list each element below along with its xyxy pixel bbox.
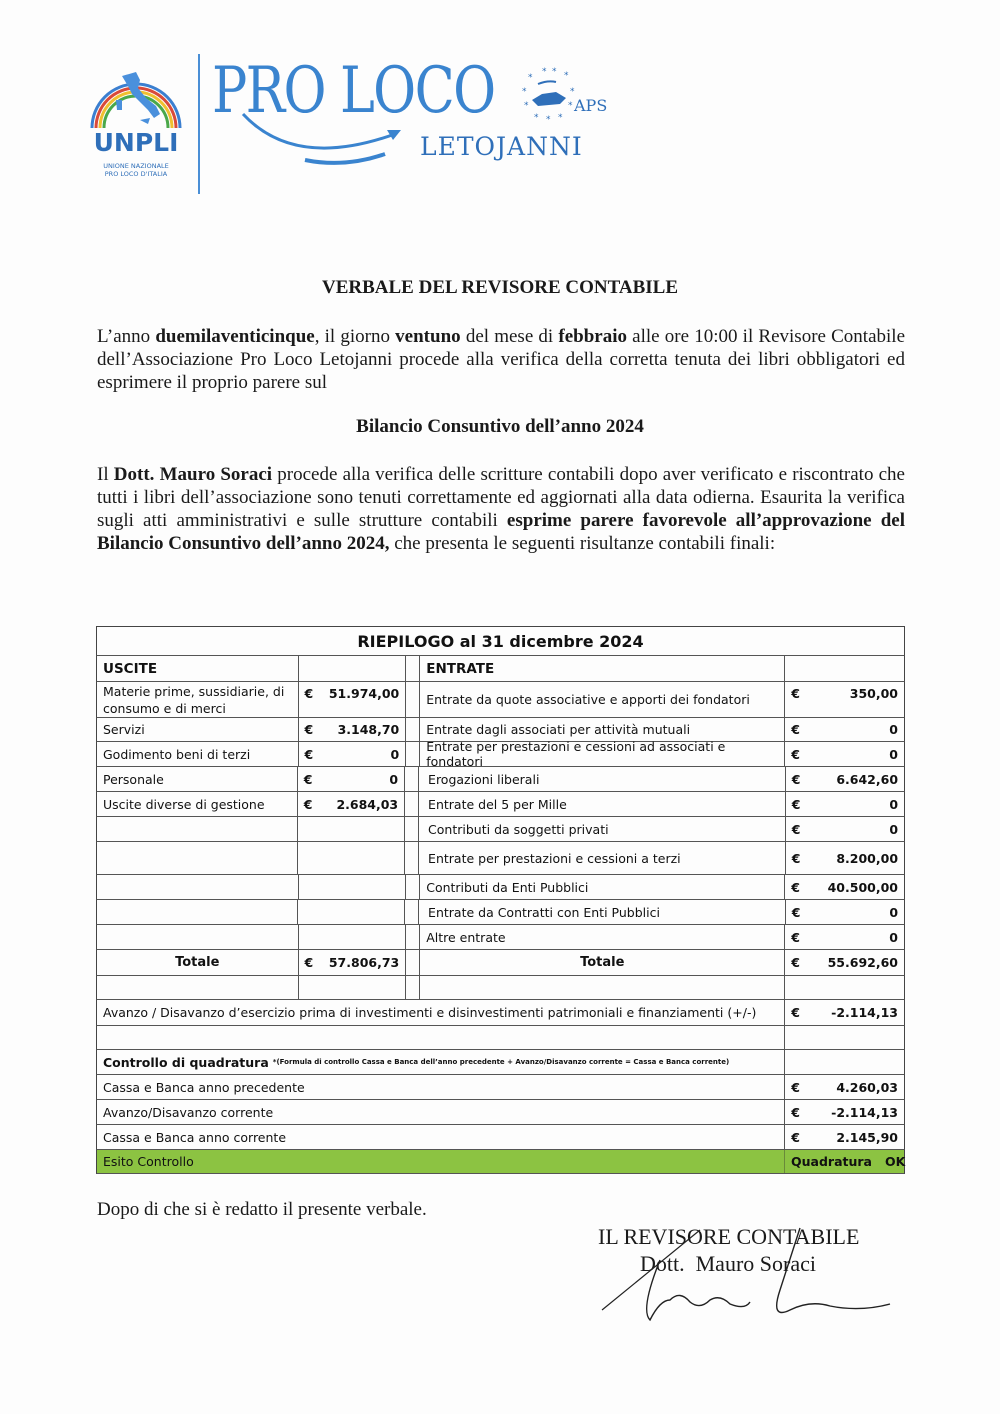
table-row: Contributi da soggetti privati€0 (96, 817, 905, 842)
uscite-amount: 51.974,00 (329, 686, 399, 701)
avanzo-amount: -2.114,13 (831, 1005, 898, 1020)
controllo-row-label: Avanzo/Disavanzo corrente (97, 1100, 785, 1124)
currency-symbol: € (791, 1105, 800, 1120)
entrate-value: €0 (785, 925, 904, 949)
entrate-value: €350,00 (785, 682, 904, 717)
controllo-row-value: €4.260,03 (785, 1075, 904, 1099)
entrate-header-amount (785, 656, 904, 681)
entrate-header: ENTRATE (420, 656, 785, 681)
currency-symbol: € (791, 722, 800, 737)
controllo-note: *(Formula di controllo Cassa e Banca del… (273, 1058, 729, 1066)
currency-symbol: € (791, 747, 800, 762)
uscite-total-amount: 57.806,73 (329, 955, 399, 970)
currency-symbol: € (791, 930, 800, 945)
empty-cell (785, 1050, 904, 1074)
controllo-row: Cassa e Banca anno corrente€2.145,90 (96, 1125, 905, 1150)
controllo-row-label: Cassa e Banca anno corrente (97, 1125, 785, 1149)
currency-symbol: € (791, 1005, 800, 1020)
italy-rainbow-icon (80, 66, 192, 136)
entrate-amount: 350,00 (850, 686, 898, 701)
entrate-label: Contributi da Enti Pubblici (420, 875, 785, 899)
currency-symbol: € (792, 822, 801, 837)
totals-row: Totale €57.806,73 Totale €55.692,60 (96, 950, 905, 976)
table-row: Altre entrate€0 (96, 925, 905, 950)
controllo-row: Cassa e Banca anno precedente€4.260,03 (96, 1075, 905, 1100)
currency-symbol: € (305, 747, 314, 762)
uscite-total-label: Totale (97, 950, 299, 975)
empty-cell (785, 976, 904, 999)
body-text: L’anno (97, 326, 155, 347)
uscite-label (97, 925, 299, 949)
logo-divider (198, 54, 200, 194)
controllo-header: Controllo di quadratura *(Formula di con… (97, 1050, 785, 1074)
avanzo-row: Avanzo / Disavanzo d’esercizio prima di … (96, 1000, 905, 1026)
spacer-cell (406, 742, 420, 766)
table-row: Materie prime, sussidiarie, di consumo e… (96, 682, 905, 718)
entrate-amount: 0 (889, 905, 898, 920)
entrate-value: €40.500,00 (785, 875, 904, 899)
uscite-label: Uscite diverse di gestione (97, 792, 298, 816)
uscite-label: Materie prime, sussidiarie, di consumo e… (97, 682, 299, 717)
currency-symbol: € (304, 772, 313, 787)
controllo-amount: 4.260,03 (836, 1080, 898, 1095)
entrate-value: €0 (786, 817, 904, 841)
controllo-amount: 2.145,90 (836, 1130, 898, 1145)
location-label: LETOJANNI (420, 132, 583, 161)
entrate-value: €0 (786, 792, 904, 816)
table-title-row: RIEPILOGO al 31 dicembre 2024 (96, 626, 905, 656)
uscite-value: €51.974,00 (299, 682, 407, 717)
controllo-row-value: €-2.114,13 (785, 1100, 904, 1124)
uscite-label (97, 875, 299, 899)
spacer-cell (405, 900, 419, 924)
entrate-amount: 40.500,00 (828, 880, 898, 895)
controllo-header-row: Controllo di quadratura *(Formula di con… (96, 1050, 905, 1075)
table-row: Uscite diverse di gestione€2.684,03Entra… (96, 792, 905, 817)
spacer-cell (405, 817, 419, 841)
entrate-total-value: €55.692,60 (785, 950, 904, 975)
table-row: Contributi da Enti Pubblici€40.500,00 (96, 875, 905, 900)
entrate-value: €0 (786, 900, 904, 924)
svg-text:*: * (534, 113, 539, 123)
spacer-cell (405, 792, 419, 816)
spacer-cell (406, 925, 420, 949)
swoosh-arrow-icon (235, 110, 415, 170)
unpli-subtitle-line2: PRO LOCO D'ITALIA (80, 170, 192, 178)
currency-symbol: € (791, 1080, 800, 1095)
uscite-label: Personale (97, 767, 298, 791)
unpli-logo: UNPLI UNIONE NAZIONALE PRO LOCO D'ITALIA (80, 66, 192, 186)
table-row: Godimento beni di terzi€0Entrate per pre… (96, 742, 905, 767)
uscite-label: Servizi (97, 718, 299, 741)
empty-cell (97, 976, 299, 999)
controllo-row-label: Cassa e Banca anno precedente (97, 1075, 785, 1099)
spacer-cell (406, 875, 420, 899)
controllo-row-value: €2.145,90 (785, 1125, 904, 1149)
unpli-subtitle: UNIONE NAZIONALE PRO LOCO D'ITALIA (80, 162, 192, 178)
aps-label: APS (574, 96, 607, 115)
bold-text: duemilaventicinque (155, 326, 314, 347)
document-title: VERBALE DEL REVISORE CONTABILE (0, 277, 1000, 299)
avanzo-value: €-2.114,13 (785, 1000, 904, 1025)
summary-table: RIEPILOGO al 31 dicembre 2024 USCITE ENT… (96, 626, 905, 1174)
uscite-value (298, 842, 405, 874)
entrate-label: Erogazioni liberali (422, 767, 786, 791)
table-header-row: USCITE ENTRATE (96, 656, 905, 682)
uscite-value (299, 925, 407, 949)
entrate-label: Entrate per prestazioni e cessioni ad as… (420, 742, 785, 766)
uscite-label (97, 842, 298, 874)
spacer-cell (405, 842, 419, 874)
svg-text:*: * (552, 67, 557, 77)
entrate-amount: 0 (889, 822, 898, 837)
body-text: Il (97, 464, 114, 485)
entrate-amount: 0 (889, 797, 898, 812)
svg-text:*: * (522, 87, 527, 97)
controllo-label: Controllo di quadratura (103, 1055, 269, 1070)
empty-cell (299, 976, 407, 999)
body-text: che presenta le seguenti risultanze cont… (389, 533, 775, 554)
entrate-label: Entrate da Contratti con Enti Pubblici (422, 900, 786, 924)
entrate-label: Entrate da quote associative e apporti d… (420, 682, 785, 717)
svg-text:*: * (524, 101, 529, 111)
spacer-cell (406, 950, 420, 975)
uscite-value: €0 (298, 767, 405, 791)
entrate-value: €0 (785, 742, 904, 766)
uscite-label (97, 817, 298, 841)
intro-paragraph: L’anno duemilaventicinque, il giorno ven… (97, 325, 905, 394)
stars-emblem-icon: *** *** *** ** (520, 64, 580, 124)
uscite-value: €3.148,70 (299, 718, 407, 741)
currency-symbol: € (791, 955, 800, 970)
entrate-total-label: Totale (420, 950, 785, 975)
table-row: Entrate per prestazioni e cessioni a ter… (96, 842, 905, 875)
uscite-amount: 3.148,70 (338, 722, 400, 737)
uscite-header: USCITE (97, 656, 299, 681)
uscite-header-amount (299, 656, 407, 681)
uscite-label (97, 900, 298, 924)
empty-cell (785, 1026, 904, 1049)
currency-symbol: € (792, 772, 801, 787)
currency-symbol: € (305, 955, 314, 970)
currency-symbol: € (305, 686, 314, 701)
avanzo-label: Avanzo / Disavanzo d’esercizio prima di … (97, 1000, 785, 1025)
body-text: del mese di (461, 326, 559, 347)
handwritten-signature-icon (600, 1220, 900, 1330)
empty-row (96, 1026, 905, 1050)
empty-row (96, 976, 905, 1000)
controllo-rows: Cassa e Banca anno precedente€4.260,03Av… (96, 1075, 905, 1150)
uscite-value: €2.684,03 (298, 792, 405, 816)
unpli-subtitle-line1: UNIONE NAZIONALE (80, 162, 192, 170)
entrate-label: Entrate dagli associati per attività mut… (420, 718, 785, 741)
currency-symbol: € (792, 797, 801, 812)
currency-symbol: € (791, 1130, 800, 1145)
bold-text: ventuno (395, 326, 460, 347)
entrate-amount: 8.200,00 (836, 851, 898, 866)
currency-symbol: € (791, 686, 800, 701)
spacer-cell (406, 682, 420, 717)
entrate-value: €0 (785, 718, 904, 741)
entrate-value: €8.200,00 (786, 842, 904, 874)
uscite-value: €0 (299, 742, 407, 766)
opinion-paragraph: Il Dott. Mauro Soraci procede alla verif… (97, 463, 905, 555)
svg-text:*: * (564, 71, 569, 81)
svg-text:*: * (528, 73, 533, 83)
bold-text: Dott. Mauro Soraci (114, 464, 272, 485)
uscite-value (298, 817, 405, 841)
table-row: Personale€0Erogazioni liberali€6.642,60 (96, 767, 905, 792)
table-body: Materie prime, sussidiarie, di consumo e… (96, 682, 905, 950)
svg-text:*: * (558, 113, 563, 123)
uscite-total-value: €57.806,73 (299, 950, 407, 975)
spacer-cell (406, 976, 420, 999)
currency-symbol: € (791, 880, 800, 895)
table-title: RIEPILOGO al 31 dicembre 2024 (97, 627, 904, 655)
entrate-label: Contributi da soggetti privati (422, 817, 786, 841)
uscite-label: Godimento beni di terzi (97, 742, 299, 766)
entrate-label: Entrate del 5 per Mille (422, 792, 786, 816)
closing-text: Dopo di che si è redatto il presente ver… (97, 1199, 427, 1221)
bold-text: febbraio (558, 326, 627, 347)
entrate-amount: 0 (889, 722, 898, 737)
body-text: , il giorno (315, 326, 395, 347)
svg-text:*: * (542, 67, 547, 77)
uscite-value (299, 875, 407, 899)
table-row: Entrate da Contratti con Enti Pubblici€0 (96, 900, 905, 925)
controllo-amount: -2.114,13 (831, 1105, 898, 1120)
entrate-label: Altre entrate (420, 925, 785, 949)
esito-row: Esito Controllo Quadratura OK (96, 1150, 905, 1174)
spacer-cell (406, 656, 420, 681)
entrate-amount: 6.642,60 (836, 772, 898, 787)
entrate-amount: 0 (889, 930, 898, 945)
document-subtitle: Bilancio Consuntivo dell’anno 2024 (0, 416, 1000, 438)
esito-value: Quadratura OK (785, 1150, 904, 1173)
entrate-label: Entrate per prestazioni e cessioni a ter… (422, 842, 786, 874)
spacer-cell (405, 767, 419, 791)
empty-cell (420, 976, 785, 999)
uscite-amount: 0 (391, 747, 400, 762)
uscite-value (298, 900, 405, 924)
currency-symbol: € (792, 851, 801, 866)
currency-symbol: € (305, 722, 314, 737)
entrate-amount: 0 (889, 747, 898, 762)
controllo-row: Avanzo/Disavanzo corrente€-2.114,13 (96, 1100, 905, 1125)
entrate-value: €6.642,60 (786, 767, 904, 791)
esito-label: Esito Controllo (97, 1150, 785, 1173)
currency-symbol: € (792, 905, 801, 920)
document-page: UNPLI UNIONE NAZIONALE PRO LOCO D'ITALIA… (0, 0, 1000, 1414)
spacer-cell (406, 718, 420, 741)
entrate-total-amount: 55.692,60 (828, 955, 898, 970)
svg-text:*: * (546, 115, 551, 124)
uscite-amount: 0 (389, 772, 398, 787)
svg-text:*: * (568, 101, 573, 111)
empty-cell (97, 1026, 785, 1049)
currency-symbol: € (304, 797, 313, 812)
uscite-amount: 2.684,03 (336, 797, 398, 812)
unpli-wordmark: UNPLI (80, 128, 192, 157)
